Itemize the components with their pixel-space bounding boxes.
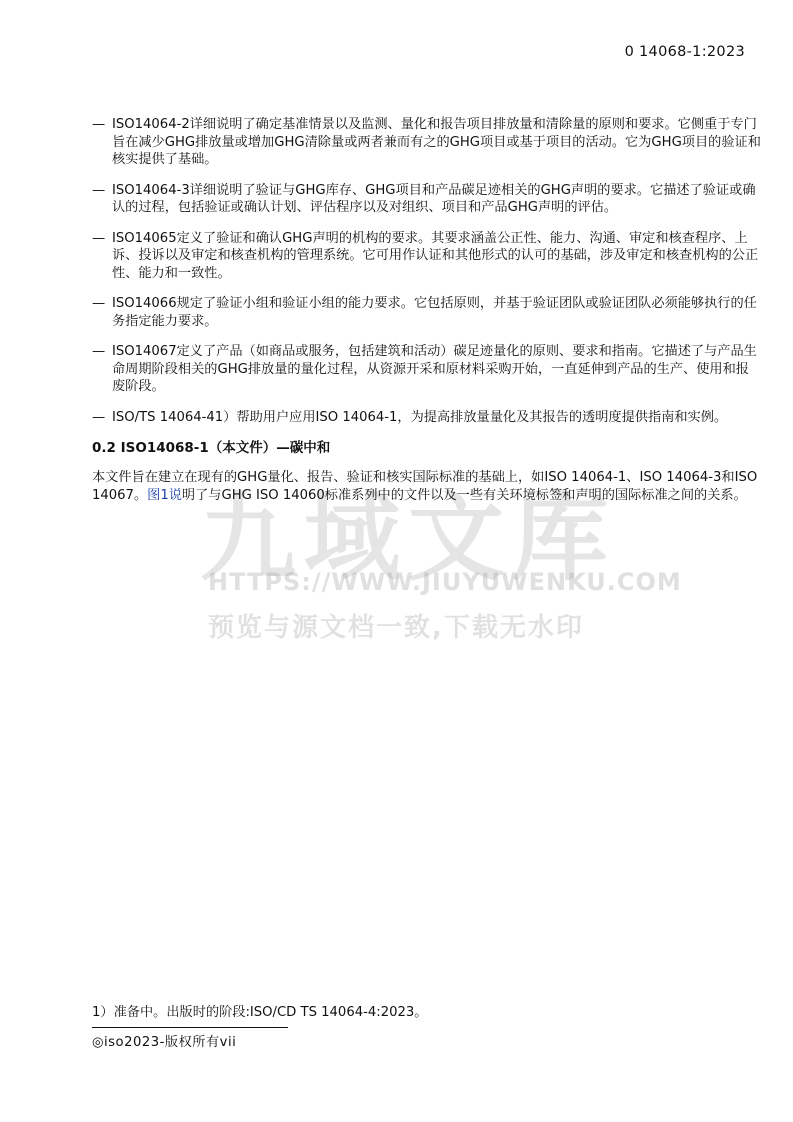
figure-1-link[interactable]: 图1说 xyxy=(147,488,182,503)
dash-bullet: — xyxy=(92,295,105,313)
dash-bullet: — xyxy=(92,409,105,427)
list-item: — ISO14066规定了验证小组和验证小组的能力要求。它包括原则，并基于验证团… xyxy=(92,295,762,330)
list-item-text: ISO14064-2详细说明了确定基准情景以及监测、量化和报告项目排放量和清除量… xyxy=(112,116,762,169)
list-item-text: ISO14067定义了产品（如商品或服务，包括建筑和活动）碳足迹量化的原则、要求… xyxy=(112,343,762,396)
copyright-footer: ◎iso2023-版权所有vii xyxy=(92,1031,236,1050)
list-item-text: ISO14064-3详细说明了验证与GHG库存、GHG项目和产品碳足迹相关的GH… xyxy=(112,182,762,217)
list-item-text: ISO/TS 14064-41）帮助用户应用ISO 14064-1，为提高排放量… xyxy=(112,409,762,427)
footer-divider xyxy=(92,1027,288,1028)
dash-bullet: — xyxy=(92,230,105,248)
dash-bullet: — xyxy=(92,116,105,134)
document-id-header: 0 14068-1:2023 xyxy=(625,44,745,60)
list-item: — ISO/TS 14064-41）帮助用户应用ISO 14064-1，为提高排… xyxy=(92,409,762,427)
list-item-text: ISO14066规定了验证小组和验证小组的能力要求。它包括原则，并基于验证团队或… xyxy=(112,295,762,330)
list-item: — ISO14064-2详细说明了确定基准情景以及监测、量化和报告项目排放量和清… xyxy=(92,116,762,169)
list-item-text: ISO14065定义了验证和确认GHG声明的机构的要求。其要求涵盖公正性、能力、… xyxy=(112,230,762,283)
section-heading: 0.2 ISO14068-1（本文件）—碳中和 xyxy=(92,439,762,457)
dash-bullet: — xyxy=(92,182,105,200)
paragraph-text-after: 明了与GHG ISO 14060标准系列中的文件以及一些有关环境标签和声明的国际… xyxy=(182,488,747,503)
page-content: — ISO14064-2详细说明了确定基准情景以及监测、量化和报告项目排放量和清… xyxy=(92,116,762,504)
section-paragraph: 本文件旨在建立在现有的GHG量化、报告、验证和核实国际标准的基础上，如ISO 1… xyxy=(92,469,762,504)
list-item: — ISO14064-3详细说明了验证与GHG库存、GHG项目和产品碳足迹相关的… xyxy=(92,182,762,217)
watermark-url: HTTPS://WWW.JIUYUWENKU.COM xyxy=(208,568,682,596)
list-item: — ISO14065定义了验证和确认GHG声明的机构的要求。其要求涵盖公正性、能… xyxy=(92,230,762,283)
footnote: 1）准备中。出版时的阶段:ISO/CD TS 14064-4:2023。 xyxy=(92,1001,427,1020)
watermark-note: 预览与源文档一致,下载无水印 xyxy=(208,607,584,644)
list-item: — ISO14067定义了产品（如商品或服务，包括建筑和活动）碳足迹量化的原则、… xyxy=(92,343,762,396)
dash-bullet: — xyxy=(92,343,105,361)
